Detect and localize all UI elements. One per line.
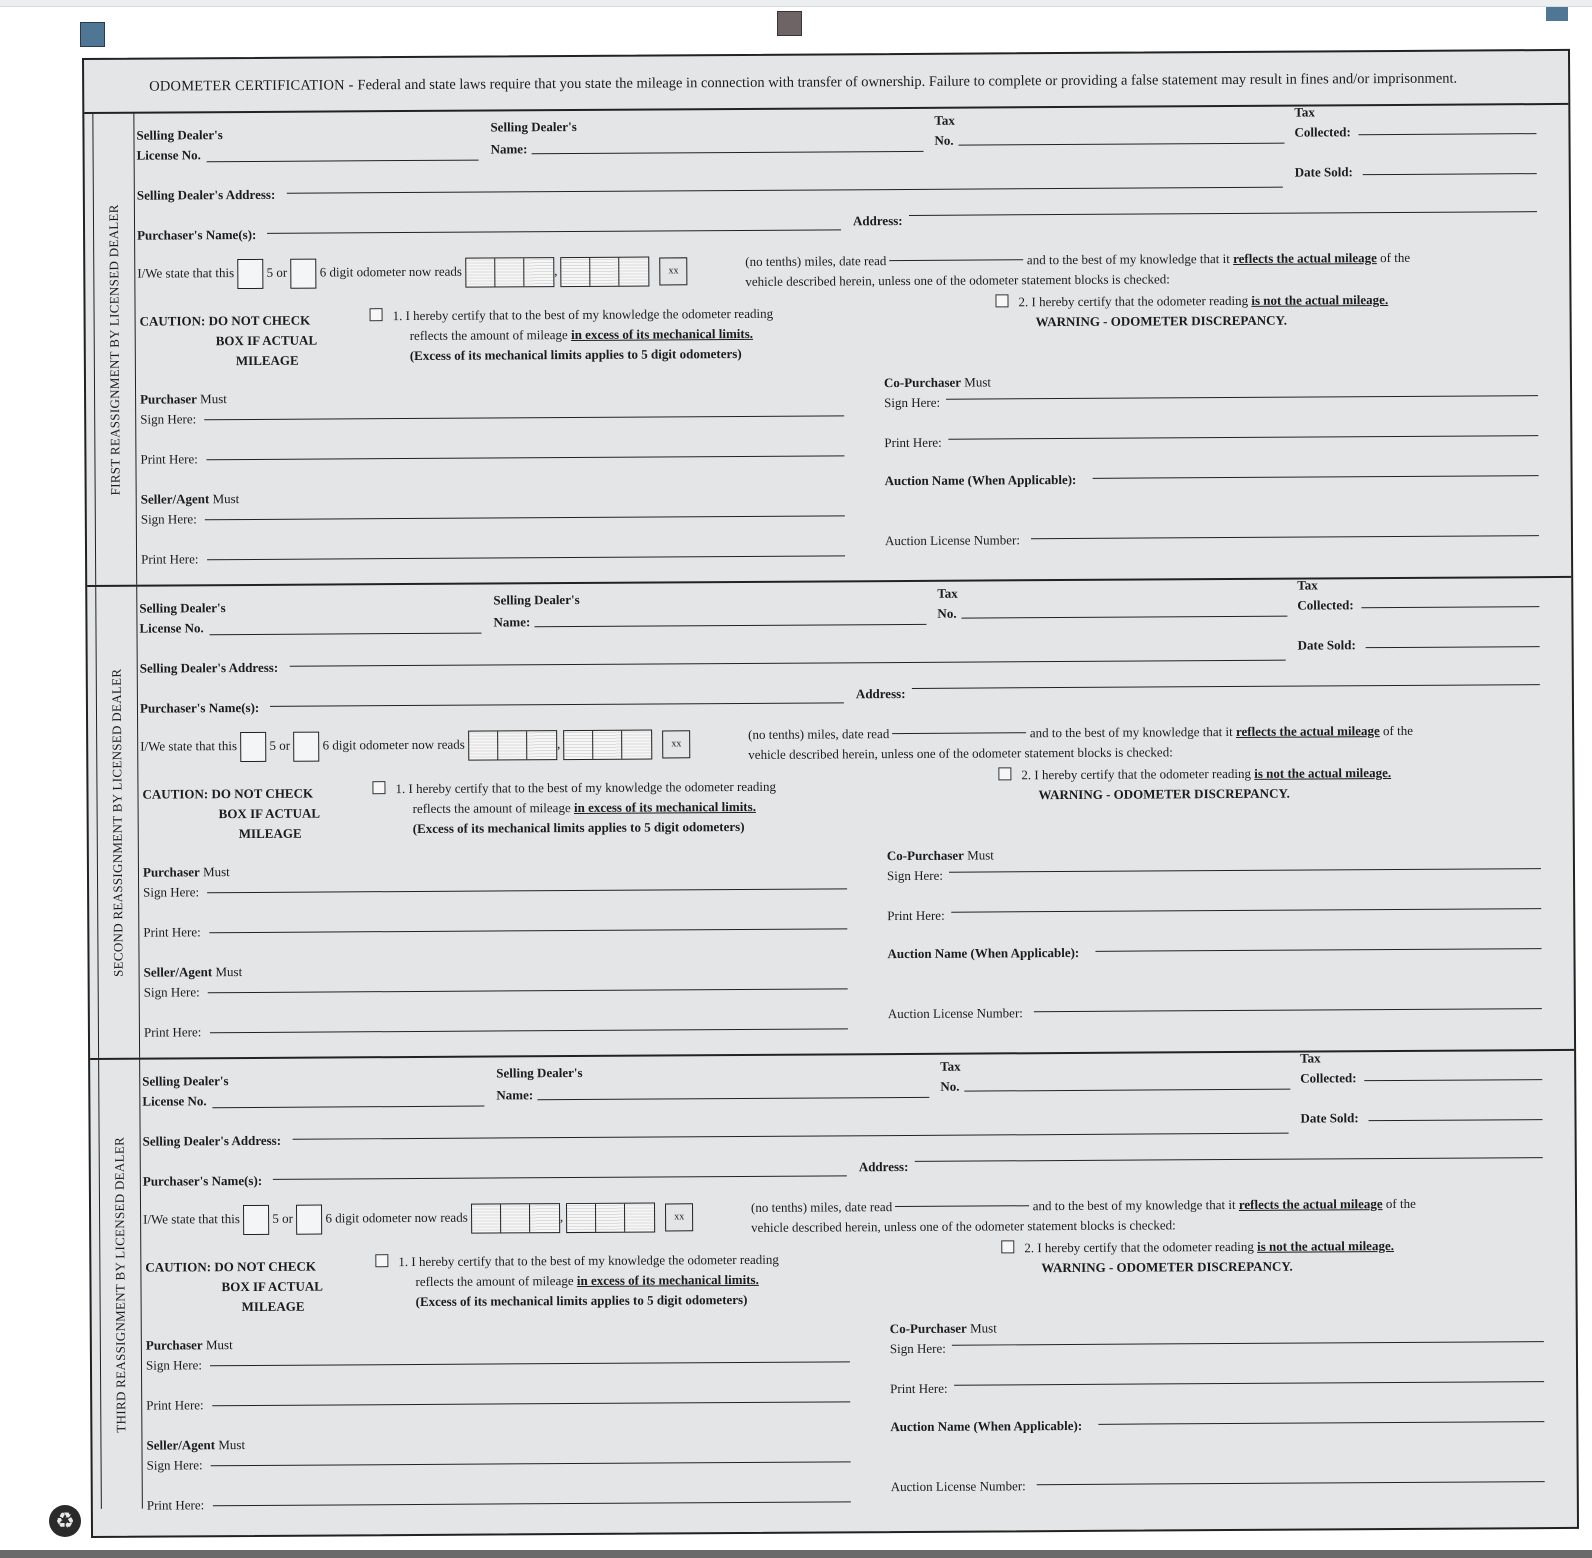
co-purchaser-sign-label: Sign Here:	[887, 868, 943, 884]
certification-1-line2: reflects the amount of mileage in excess…	[413, 799, 756, 817]
warning-discrepancy: WARNING - ODOMETER DISCREPANCY.	[1038, 786, 1289, 804]
viewer-top-bar	[0, 0, 1592, 7]
five-or-text: 5 or	[272, 1211, 293, 1226]
tax-collected-label: Collected:	[1300, 1070, 1356, 1086]
dealer-address-label: Selling Dealer's Address:	[137, 187, 276, 204]
auction-name-field[interactable]	[1098, 1421, 1544, 1425]
caution-line3: MILEAGE	[239, 826, 302, 842]
certify-excess-checkbox[interactable]	[370, 308, 383, 321]
license-no-field[interactable]	[212, 1106, 484, 1109]
certification-1-line2: reflects the amount of mileage in excess…	[410, 326, 753, 344]
tax-collected-label: Collected:	[1294, 124, 1350, 140]
date-sold-field[interactable]	[1366, 646, 1540, 648]
reassignment-section: THIRD REASSIGNMENT BY LICENSED DEALER Se…	[90, 1051, 1577, 1509]
purchaser-names-label: Purchaser's Name(s):	[137, 227, 256, 244]
certify-excess-checkbox[interactable]	[375, 1254, 388, 1267]
caution-line3: MILEAGE	[242, 1299, 305, 1315]
date-read-field[interactable]	[893, 732, 1027, 734]
tax-collected-field[interactable]	[1358, 133, 1536, 135]
purchaser-names-field[interactable]	[267, 229, 841, 234]
mileage-statement-line1: (no tenths) miles, date read and to the …	[745, 250, 1410, 270]
certify-excess-checkbox[interactable]	[372, 781, 385, 794]
purchaser-address-field[interactable]	[912, 684, 1540, 689]
seller-print-label: Print Here:	[144, 1024, 202, 1040]
auction-license-label: Auction License Number:	[888, 1005, 1023, 1022]
co-purchaser-must-label: Co-Purchaser Must	[884, 374, 991, 391]
purchaser-names-label: Purchaser's Name(s):	[143, 1173, 262, 1190]
six-digit-text: 6 digit odometer now reads	[323, 737, 465, 753]
tax-collected-label: Collected:	[1297, 597, 1353, 613]
caution-line2: BOX IF ACTUAL	[216, 333, 317, 350]
tenths-box: xx	[662, 730, 690, 758]
seller-agent-must-label: Seller/Agent Must	[141, 491, 240, 508]
section-title: SECOND REASSIGNMENT BY LICENSED DEALER	[109, 668, 127, 976]
comma-separator: ,	[560, 1209, 563, 1224]
comma-separator: ,	[554, 263, 557, 278]
section-side-label: FIRST REASSIGNMENT BY LICENSED DEALER	[92, 114, 137, 585]
mileage-statement-line2: vehicle described herein, unless one of …	[745, 271, 1170, 290]
co-purchaser-print-label: Print Here:	[887, 908, 945, 924]
co-purchaser-signature-field[interactable]	[946, 395, 1538, 400]
auction-license-label: Auction License Number:	[885, 532, 1020, 549]
warning-discrepancy: WARNING - ODOMETER DISCREPANCY.	[1036, 313, 1287, 331]
purchaser-sign-label: Sign Here:	[140, 411, 196, 427]
comma-separator: ,	[557, 736, 560, 751]
license-no-label: License No.	[139, 620, 203, 636]
purchaser-address-label: Address:	[859, 1159, 909, 1175]
purchaser-sign-label: Sign Here:	[143, 884, 199, 900]
purchaser-must-label: Purchaser Must	[140, 391, 227, 408]
purchaser-must-label: Purchaser Must	[146, 1337, 233, 1354]
reassignment-section: SECOND REASSIGNMENT BY LICENSED DEALER S…	[87, 578, 1574, 1060]
seller-signature-field[interactable]	[205, 515, 845, 520]
five-digit-checkbox[interactable]	[243, 1205, 269, 1235]
dealer-address-field[interactable]	[290, 660, 1286, 667]
odometer-hundreds-boxes[interactable]	[561, 257, 650, 288]
selling-dealer-name-heading: Selling Dealer's	[496, 1065, 582, 1082]
warning-discrepancy: WARNING - ODOMETER DISCREPANCY.	[1041, 1259, 1292, 1277]
date-sold-field[interactable]	[1369, 1119, 1543, 1121]
tax-no-heading: Tax	[937, 586, 958, 602]
tax-no-label: No.	[937, 606, 956, 622]
certification-1-line3: (Excess of its mechanical limits applies…	[416, 1292, 748, 1310]
six-digit-checkbox[interactable]	[296, 1205, 322, 1235]
auction-license-field[interactable]	[1031, 535, 1539, 539]
date-sold-field[interactable]	[1363, 173, 1537, 175]
tax-collected-heading: Tax	[1297, 577, 1318, 593]
name-label: Name:	[493, 614, 530, 630]
co-purchaser-print-field[interactable]	[954, 1381, 1544, 1386]
dealer-address-label: Selling Dealer's Address:	[143, 1133, 282, 1150]
odometer-hundreds-boxes[interactable]	[566, 1203, 655, 1234]
seller-agent-must-label: Seller/Agent Must	[146, 1437, 245, 1454]
co-purchaser-print-label: Print Here:	[890, 1381, 948, 1397]
odometer-certification-form: ODOMETER CERTIFICATION - Federal and sta…	[82, 49, 1579, 1538]
odometer-statement: I/We state that this 5 or 6 digit odomet…	[140, 729, 690, 762]
seller-print-label: Print Here:	[141, 551, 199, 567]
certification-2: 2. I hereby certify that the odometer re…	[998, 765, 1391, 783]
purchaser-names-label: Purchaser's Name(s):	[140, 700, 259, 717]
auction-name-label: Auction Name (When Applicable):	[887, 945, 1079, 962]
mileage-statement-line1: (no tenths) miles, date read and to the …	[751, 1196, 1416, 1216]
section-body: Selling Dealer's License No. Selling Dea…	[139, 578, 1574, 1058]
purchaser-print-label: Print Here:	[146, 1397, 204, 1413]
five-or-text: 5 or	[269, 738, 290, 753]
five-or-text: 5 or	[267, 265, 288, 280]
co-purchaser-sign-label: Sign Here:	[890, 1341, 946, 1357]
tenths-box: xx	[659, 257, 687, 285]
co-purchaser-must-label: Co-Purchaser Must	[887, 847, 994, 864]
certify-not-actual-checkbox[interactable]	[998, 767, 1011, 780]
reassignment-section: FIRST REASSIGNMENT BY LICENSED DEALER Se…	[84, 105, 1571, 587]
auction-name-field[interactable]	[1095, 948, 1541, 952]
seller-print-field[interactable]	[213, 1501, 851, 1506]
certification-2: 2. I hereby certify that the odometer re…	[995, 292, 1388, 310]
purchaser-print-field[interactable]	[212, 1401, 850, 1406]
purchaser-print-field[interactable]	[206, 455, 844, 460]
certification-1: 1. I hereby certify that to the best of …	[370, 306, 774, 324]
caution-line2: BOX IF ACTUAL	[221, 1279, 322, 1296]
tenths-box: xx	[665, 1203, 693, 1231]
six-digit-checkbox[interactable]	[290, 259, 316, 289]
selling-dealer-label: Selling Dealer's	[142, 1073, 228, 1090]
section-title: FIRST REASSIGNMENT BY LICENSED DEALER	[106, 204, 124, 495]
recycle-icon: ♻	[49, 1505, 81, 1537]
dealer-address-field[interactable]	[287, 187, 1283, 194]
form-header: ODOMETER CERTIFICATION - Federal and sta…	[84, 51, 1568, 114]
name-label: Name:	[496, 1087, 533, 1103]
purchaser-print-label: Print Here:	[140, 451, 198, 467]
caution-line1: CAUTION: DO NOT CHECK	[140, 313, 311, 330]
purchaser-address-field[interactable]	[915, 1157, 1543, 1162]
section-title: THIRD REASSIGNMENT BY LICENSED DEALER	[112, 1136, 130, 1432]
certification-1: 1. I hereby certify that to the best of …	[375, 1252, 779, 1270]
registration-mark-center	[777, 11, 802, 36]
license-no-field[interactable]	[207, 160, 479, 163]
co-purchaser-signature-field[interactable]	[952, 1341, 1544, 1346]
we-state-text: I/We state that this	[143, 1211, 240, 1227]
tax-collected-field[interactable]	[1361, 606, 1539, 608]
odometer-hundreds-boxes[interactable]	[564, 730, 653, 761]
seller-sign-label: Sign Here:	[144, 984, 200, 1000]
date-read-field[interactable]	[890, 259, 1024, 261]
purchaser-signature-field[interactable]	[204, 415, 844, 420]
name-label: Name:	[491, 141, 528, 157]
odometer-thousands-boxes[interactable]	[471, 1203, 560, 1234]
co-purchaser-signature-field[interactable]	[949, 868, 1541, 873]
purchaser-print-label: Print Here:	[143, 924, 201, 940]
purchaser-address-field[interactable]	[909, 211, 1537, 216]
co-purchaser-must-label: Co-Purchaser Must	[890, 1320, 997, 1337]
selling-dealer-label: Selling Dealer's	[136, 127, 222, 144]
date-read-field[interactable]	[895, 1205, 1029, 1207]
mileage-statement-line2: vehicle described herein, unless one of …	[748, 744, 1173, 763]
selling-dealer-name-heading: Selling Dealer's	[493, 592, 579, 609]
auction-license-field[interactable]	[1037, 1481, 1545, 1485]
date-sold-label: Date Sold:	[1295, 164, 1353, 180]
viewer-bottom-bar	[0, 1550, 1592, 1558]
dealer-address-field[interactable]	[293, 1133, 1289, 1140]
dealer-name-field[interactable]	[537, 1097, 929, 1100]
tax-collected-heading: Tax	[1294, 104, 1315, 120]
section-body: Selling Dealer's License No. Selling Dea…	[136, 105, 1571, 585]
tax-no-heading: Tax	[940, 1059, 961, 1075]
co-purchaser-print-field[interactable]	[951, 908, 1541, 913]
tax-no-field[interactable]	[964, 1089, 1290, 1092]
purchaser-must-label: Purchaser Must	[143, 864, 230, 881]
six-digit-checkbox[interactable]	[293, 732, 319, 762]
seller-sign-label: Sign Here:	[147, 1457, 203, 1473]
tax-no-heading: Tax	[934, 113, 955, 129]
tax-collected-field[interactable]	[1364, 1079, 1542, 1081]
odometer-statement: I/We state that this 5 or 6 digit odomet…	[143, 1202, 693, 1235]
tax-no-field[interactable]	[961, 616, 1287, 619]
purchaser-address-label: Address:	[856, 686, 906, 702]
certification-1-line3: (Excess of its mechanical limits applies…	[410, 346, 742, 364]
co-purchaser-sign-label: Sign Here:	[884, 395, 940, 411]
six-digit-text: 6 digit odometer now reads	[320, 264, 462, 280]
certification-1-line2: reflects the amount of mileage in excess…	[415, 1272, 758, 1290]
dealer-address-label: Selling Dealer's Address:	[140, 660, 279, 677]
seller-print-field[interactable]	[207, 555, 845, 560]
seller-print-label: Print Here:	[147, 1497, 205, 1513]
caution-line1: CAUTION: DO NOT CHECK	[145, 1259, 316, 1276]
auction-name-label: Auction Name (When Applicable):	[885, 472, 1077, 489]
purchaser-signature-field[interactable]	[210, 1361, 850, 1366]
odometer-statement: I/We state that this 5 or 6 digit odomet…	[137, 256, 687, 289]
six-digit-text: 6 digit odometer now reads	[325, 1210, 467, 1226]
purchaser-names-field[interactable]	[270, 702, 844, 707]
seller-agent-must-label: Seller/Agent Must	[144, 964, 243, 981]
tax-collected-heading: Tax	[1300, 1050, 1321, 1066]
tax-no-label: No.	[934, 133, 953, 149]
registration-mark-left	[80, 22, 105, 47]
tax-no-field[interactable]	[959, 143, 1285, 146]
caution-line2: BOX IF ACTUAL	[219, 806, 320, 823]
mileage-statement-line1: (no tenths) miles, date read and to the …	[748, 723, 1413, 743]
auction-name-field[interactable]	[1093, 475, 1539, 479]
co-purchaser-print-field[interactable]	[948, 435, 1538, 440]
purchaser-print-field[interactable]	[209, 928, 847, 933]
tax-no-label: No.	[940, 1079, 959, 1095]
certify-not-actual-checkbox[interactable]	[995, 294, 1008, 307]
odometer-thousands-boxes[interactable]	[465, 257, 554, 288]
date-sold-label: Date Sold:	[1298, 637, 1356, 653]
seller-signature-field[interactable]	[211, 1461, 851, 1466]
license-no-label: License No.	[142, 1093, 206, 1109]
auction-name-label: Auction Name (When Applicable):	[890, 1418, 1082, 1435]
license-no-field[interactable]	[210, 633, 482, 636]
purchaser-names-field[interactable]	[273, 1175, 847, 1180]
seller-sign-label: Sign Here:	[141, 511, 197, 527]
we-state-text: I/We state that this	[140, 738, 237, 754]
dealer-name-field[interactable]	[532, 151, 924, 154]
we-state-text: I/We state that this	[137, 265, 234, 281]
certification-1-line3: (Excess of its mechanical limits applies…	[413, 819, 745, 837]
seller-print-field[interactable]	[210, 1028, 848, 1033]
five-digit-checkbox[interactable]	[237, 259, 263, 289]
date-sold-label: Date Sold:	[1300, 1110, 1358, 1126]
form-title: ODOMETER CERTIFICATION -	[149, 77, 357, 94]
five-digit-checkbox[interactable]	[240, 732, 266, 762]
caution-line1: CAUTION: DO NOT CHECK	[142, 786, 313, 803]
selling-dealer-label: Selling Dealer's	[139, 600, 225, 617]
section-side-label: THIRD REASSIGNMENT BY LICENSED DEALER	[98, 1060, 143, 1509]
purchaser-signature-field[interactable]	[207, 888, 847, 893]
selling-dealer-name-heading: Selling Dealer's	[490, 119, 576, 136]
caution-line3: MILEAGE	[236, 353, 299, 369]
form-notice: Federal and state laws require that you …	[357, 71, 1457, 94]
co-purchaser-print-label: Print Here:	[884, 435, 942, 451]
auction-license-field[interactable]	[1034, 1008, 1542, 1012]
certification-2: 2. I hereby certify that the odometer re…	[1001, 1238, 1394, 1256]
odometer-thousands-boxes[interactable]	[468, 730, 557, 761]
license-no-label: License No.	[137, 147, 201, 163]
certification-1: 1. I hereby certify that to the best of …	[372, 779, 776, 797]
dealer-name-field[interactable]	[534, 624, 926, 627]
seller-signature-field[interactable]	[208, 988, 848, 993]
section-body: Selling Dealer's License No. Selling Dea…	[142, 1051, 1577, 1509]
certify-not-actual-checkbox[interactable]	[1001, 1240, 1014, 1253]
purchaser-sign-label: Sign Here:	[146, 1357, 202, 1373]
mileage-statement-line2: vehicle described herein, unless one of …	[751, 1217, 1176, 1236]
registration-mark-right	[1546, 7, 1568, 21]
auction-license-label: Auction License Number:	[891, 1478, 1026, 1495]
purchaser-address-label: Address:	[853, 213, 903, 229]
section-side-label: SECOND REASSIGNMENT BY LICENSED DEALER	[95, 587, 140, 1058]
